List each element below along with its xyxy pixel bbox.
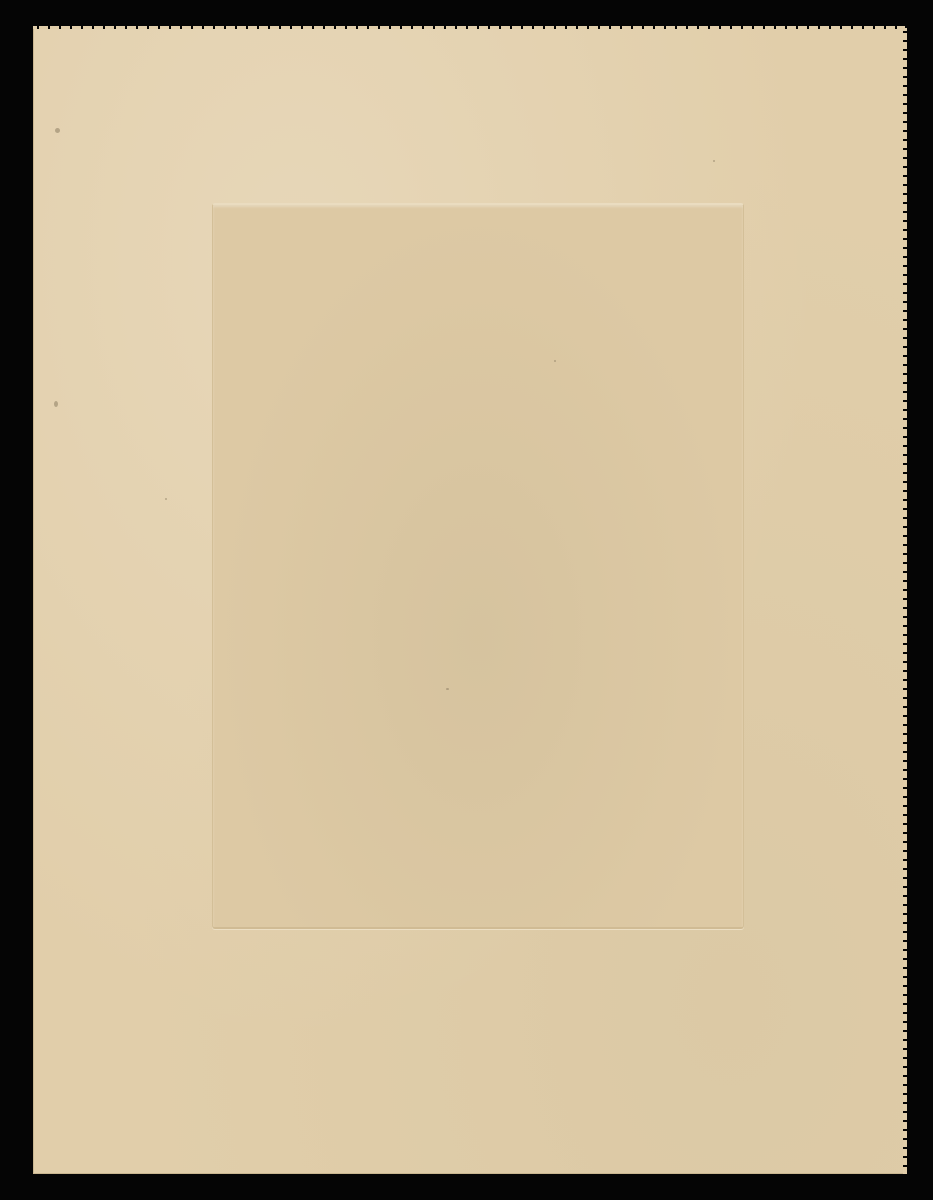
blind-emboss-stamp	[770, 830, 830, 1120]
foxing-spot	[165, 498, 167, 500]
foxing-spot	[54, 401, 58, 407]
foxing-spot	[713, 160, 715, 162]
plate-mark	[212, 203, 744, 929]
deckle-edge-top	[33, 26, 905, 29]
foxing-spot	[55, 128, 60, 133]
foxing-spot	[446, 688, 449, 690]
foxing-spot	[554, 360, 556, 362]
deckle-edge-right	[903, 28, 907, 1174]
